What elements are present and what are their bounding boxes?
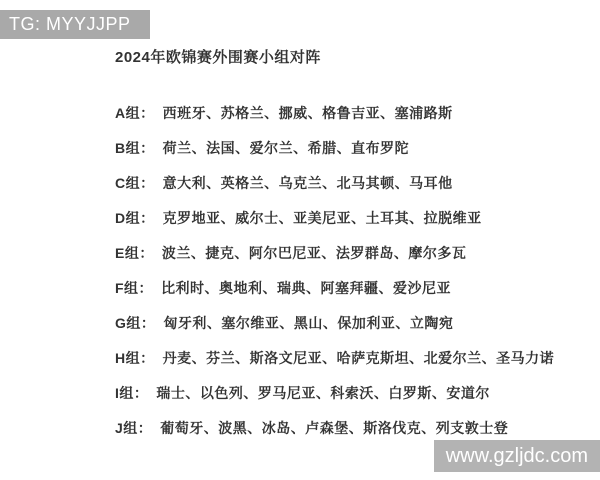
group-label: E组： xyxy=(115,236,154,271)
group-row-h: H组：丹麦、芬兰、斯洛文尼亚、哈萨克斯坦、北爱尔兰、圣马力诺 xyxy=(115,341,585,376)
group-label: J组： xyxy=(115,411,152,446)
group-teams: 克罗地亚、威尔士、亚美尼亚、土耳其、拉脱维亚 xyxy=(163,210,482,226)
group-row-d: D组：克罗地亚、威尔士、亚美尼亚、土耳其、拉脱维亚 xyxy=(115,201,585,236)
group-teams: 比利时、奥地利、瑞典、阿塞拜疆、爱沙尼亚 xyxy=(161,280,451,296)
group-label: I组： xyxy=(115,376,148,411)
group-list: A组：西班牙、苏格兰、挪威、格鲁吉亚、塞浦路斯 B组：荷兰、法国、爱尔兰、希腊、… xyxy=(115,96,585,446)
group-teams: 波兰、捷克、阿尔巴尼亚、法罗群岛、摩尔多瓦 xyxy=(162,245,467,261)
group-teams: 丹麦、芬兰、斯洛文尼亚、哈萨克斯坦、北爱尔兰、圣马力诺 xyxy=(163,350,555,366)
group-label: F组： xyxy=(115,271,153,306)
group-row-b: B组：荷兰、法国、爱尔兰、希腊、直布罗陀 xyxy=(115,131,585,166)
group-label: D组： xyxy=(115,201,155,236)
group-row-c: C组：意大利、英格兰、乌克兰、北马其顿、马耳他 xyxy=(115,166,585,201)
site-watermark: www.gzljdc.com xyxy=(434,440,600,472)
group-row-i: I组：瑞士、以色列、罗马尼亚、科索沃、白罗斯、安道尔 xyxy=(115,376,585,411)
group-row-a: A组：西班牙、苏格兰、挪威、格鲁吉亚、塞浦路斯 xyxy=(115,96,585,131)
group-row-e: E组：波兰、捷克、阿尔巴尼亚、法罗群岛、摩尔多瓦 xyxy=(115,236,585,271)
group-teams: 西班牙、苏格兰、挪威、格鲁吉亚、塞浦路斯 xyxy=(163,105,453,121)
group-label: C组： xyxy=(115,166,155,201)
group-teams: 葡萄牙、波黑、冰岛、卢森堡、斯洛伐克、列支敦士登 xyxy=(160,420,508,436)
group-teams: 荷兰、法国、爱尔兰、希腊、直布罗陀 xyxy=(163,140,410,156)
group-teams: 瑞士、以色列、罗马尼亚、科索沃、白罗斯、安道尔 xyxy=(156,385,490,401)
group-label: B组： xyxy=(115,131,155,166)
group-teams: 匈牙利、塞尔维亚、黑山、保加利亚、立陶宛 xyxy=(163,315,453,331)
group-label: G组： xyxy=(115,306,155,341)
tg-contact-banner: TG: MYYJJPP xyxy=(0,10,150,39)
document-page: TG: MYYJJPP 2024年欧锦赛外围赛小组对阵 A组：西班牙、苏格兰、挪… xyxy=(0,0,600,480)
group-row-f: F组：比利时、奥地利、瑞典、阿塞拜疆、爱沙尼亚 xyxy=(115,271,585,306)
group-label: H组： xyxy=(115,341,155,376)
group-teams: 意大利、英格兰、乌克兰、北马其顿、马耳他 xyxy=(163,175,453,191)
group-row-g: G组：匈牙利、塞尔维亚、黑山、保加利亚、立陶宛 xyxy=(115,306,585,341)
page-title: 2024年欧锦赛外围赛小组对阵 xyxy=(115,46,321,67)
group-label: A组： xyxy=(115,96,155,131)
